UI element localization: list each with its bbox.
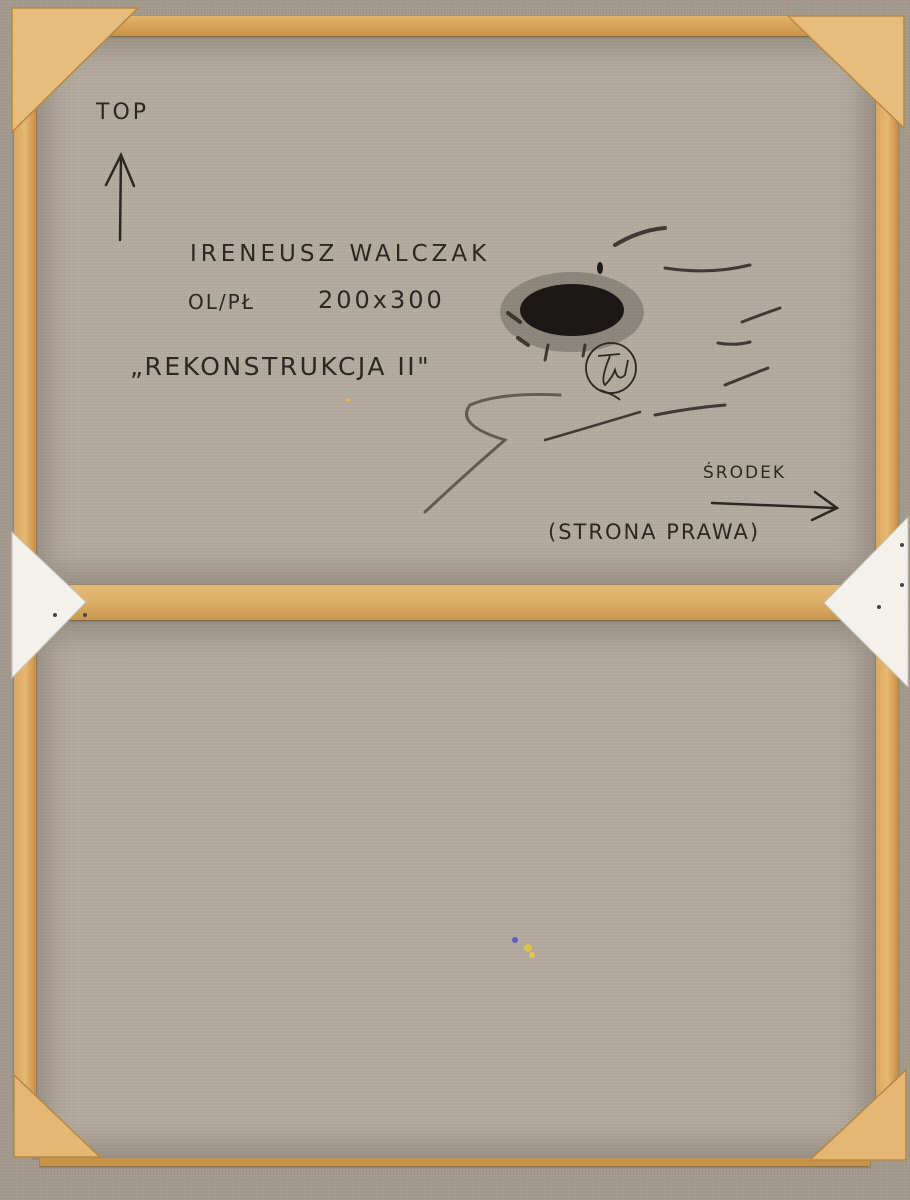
side-note-label: (STRONA PRAWA) bbox=[548, 520, 760, 544]
medium-label: OL/PŁ bbox=[188, 290, 255, 314]
center-note-label: ŚRODEK bbox=[703, 463, 786, 483]
right-arrow-icon bbox=[712, 492, 837, 520]
monogram-icon bbox=[586, 343, 636, 400]
dimensions-label: 200x300 bbox=[318, 286, 445, 314]
artist-name: IRENEUSZ WALCZAK bbox=[190, 241, 490, 267]
artwork-title: „REKONSTRUKCJA II" bbox=[130, 352, 431, 381]
top-orientation-label: TOP bbox=[96, 100, 149, 125]
up-arrow-icon bbox=[106, 155, 134, 240]
paint-flecks bbox=[346, 398, 535, 958]
ink-drawing bbox=[0, 0, 910, 1200]
canvas-back-photo: TOP IRENEUSZ WALCZAK OL/PŁ 200x300 „REKO… bbox=[0, 0, 910, 1200]
